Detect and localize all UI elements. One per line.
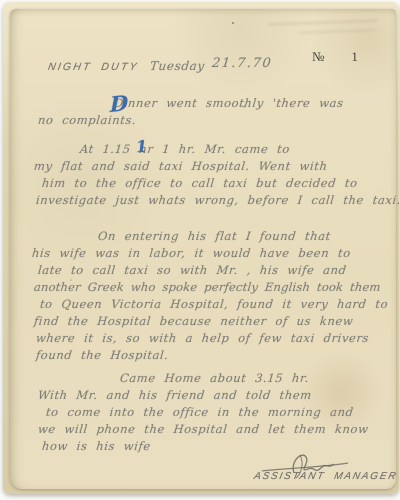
handwritten-line: Came Home about 3.15 hr. [119, 371, 310, 385]
heading-title: NIGHT DUTY [47, 61, 140, 73]
handwritten-line: my flat and said taxi Hospital. Went wit… [33, 159, 328, 173]
handwritten-line: Dinner went smoothly 'there was [113, 96, 344, 110]
handwritten-line: his wife was in labor, it would have bee… [31, 246, 351, 260]
erased-pencil-marks [268, 15, 378, 45]
stamp-no-label: № [312, 49, 325, 65]
blue-ink-inserted-one: 1 [135, 137, 147, 157]
blue-ink-capital-d: D [110, 90, 128, 117]
document-photo: № 1 NIGHT DUTY Tuesday 21.7.70 Dinner we… [0, 0, 400, 500]
handwritten-line: investigate just whats wrong, before I c… [35, 193, 400, 207]
page-number-stamp: № 1 [312, 49, 359, 65]
handwritten-line: to come into the office in the morning a… [45, 405, 354, 419]
handwritten-line: another Greek who spoke perfectly Englis… [33, 280, 381, 294]
heading-date: 21.7.70 [211, 56, 273, 71]
handwritten-line: to Queen Victoria Hospital, found it ver… [39, 297, 389, 311]
handwritten-line: we will phone the Hospital and let them … [37, 422, 369, 436]
handwritten-line: where it is, so with a help of few taxi … [35, 331, 370, 345]
handwritten-line: On entering his flat I found that [97, 229, 331, 243]
heading-day: Tuesday [149, 59, 205, 73]
handwritten-line: late to call taxi so with Mr. , his wife… [37, 263, 347, 277]
stamp-no-value: 1 [351, 49, 359, 65]
handwritten-line: him to the office to call taxi but decid… [41, 176, 358, 190]
ink-speck [232, 22, 234, 24]
handwritten-line: find the Hospital because neither of us … [33, 314, 354, 328]
handwritten-line: found the Hospital. [35, 348, 169, 362]
report-page: № 1 NIGHT DUTY Tuesday 21.7.70 Dinner we… [10, 9, 396, 489]
handwritten-line: how is his wife [41, 439, 151, 453]
signature-role: ASSISTANT MANAGER [253, 471, 399, 482]
handwritten-line: At 1.15 hr 1 hr. Mr. came to [79, 142, 290, 156]
handwritten-line: With Mr. and his friend and told them [37, 388, 312, 402]
